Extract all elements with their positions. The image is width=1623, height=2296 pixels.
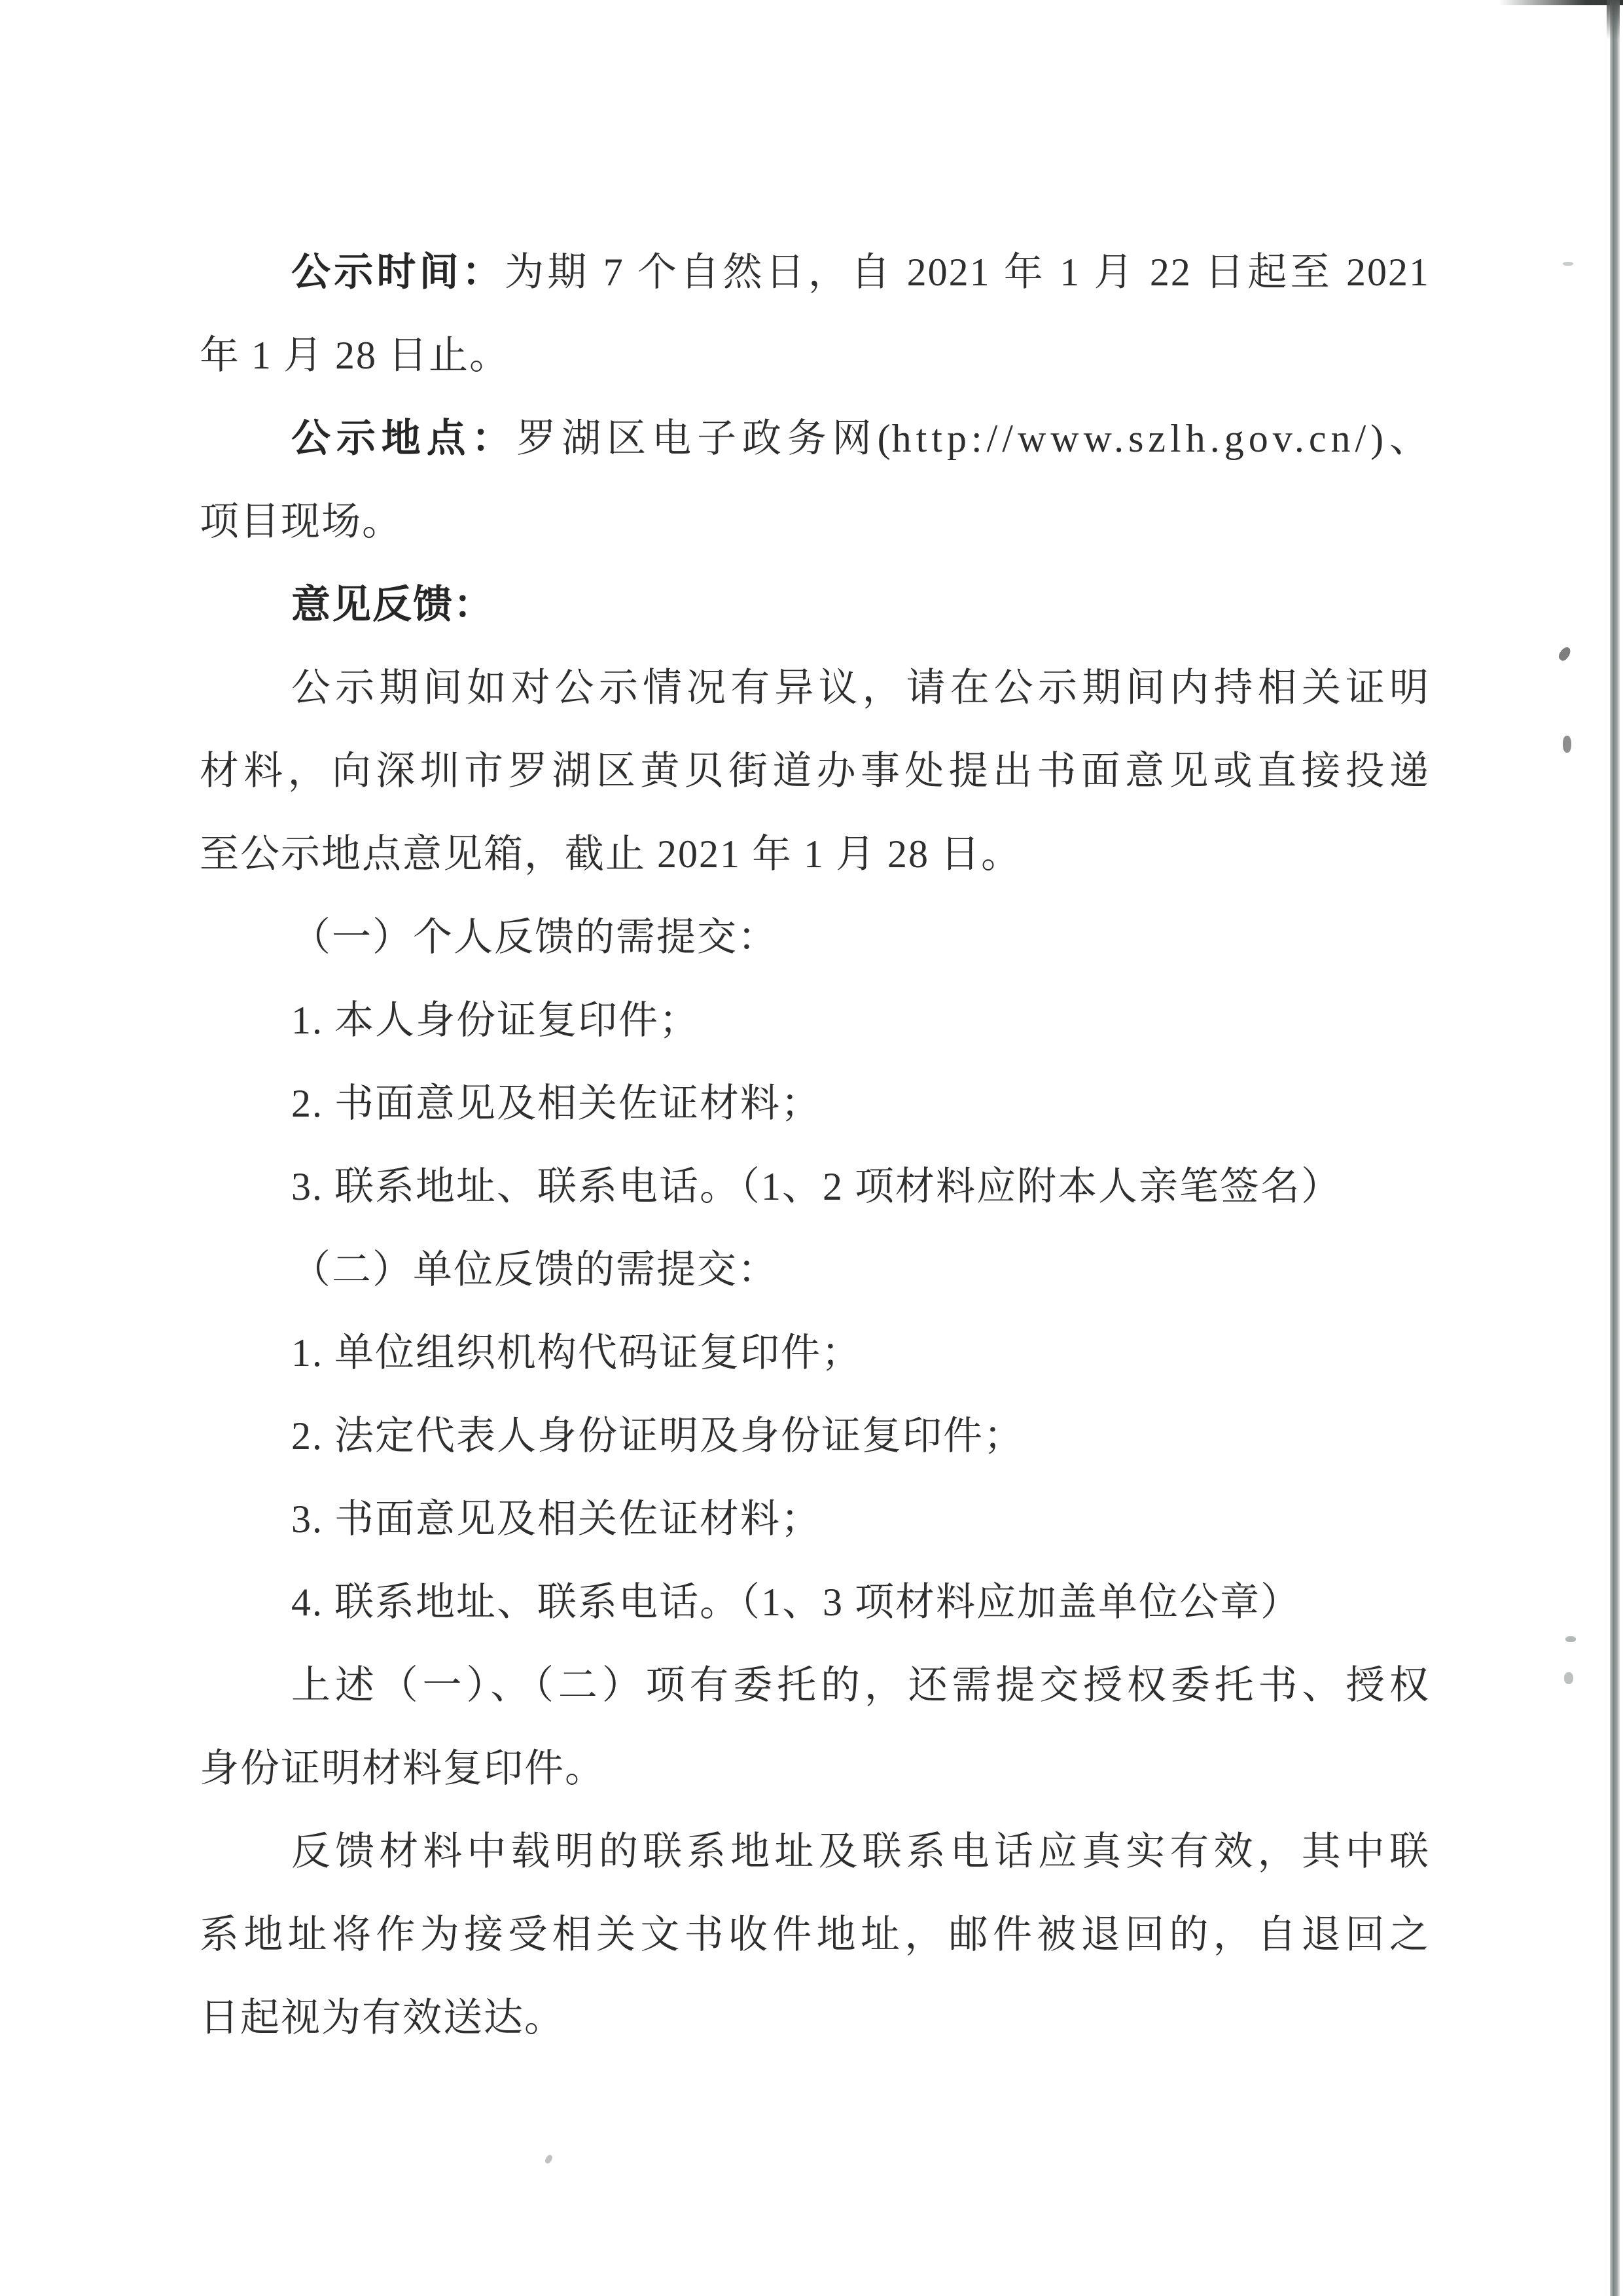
paragraph-entrust-line2: 身份证明材料复印件。 bbox=[200, 1727, 1430, 1810]
paragraph-publicity-time-line1: 公示时间：为期 7 个自然日，自 2021 年 1 月 22 日起至 2021 bbox=[200, 231, 1430, 314]
line-text: )、 bbox=[1370, 417, 1430, 460]
paragraph-entrust-line1: 上述（一）、（二）项有委托的，还需提交授权委托书、授权 bbox=[200, 1644, 1430, 1727]
list-item-individual-3: 3. 联系地址、联系电话。（1、2 项材料应附本人亲笔签名） bbox=[200, 1145, 1430, 1229]
line-text: （二）单位反馈的需提交： bbox=[291, 1248, 778, 1291]
line-text: 上述（一）、（二）项有委托的，还需提交授权委托书、授权 bbox=[291, 1664, 1430, 1707]
line-text: 身份证明材料复印件。 bbox=[200, 1747, 605, 1790]
publicity-place-label: 公示地点： bbox=[291, 417, 516, 460]
line-text: 反馈材料中载明的联系地址及联系电话应真实有效，其中联 bbox=[291, 1830, 1430, 1873]
heading-text: 意见反馈： bbox=[291, 583, 494, 626]
line-text: 3. 书面意见及相关佐证材料； bbox=[291, 1498, 821, 1541]
list-item-individual-1: 1. 本人身份证复印件； bbox=[200, 979, 1430, 1062]
line-text: 1. 本人身份证复印件； bbox=[291, 999, 700, 1042]
line-text: 项目现场。 bbox=[200, 500, 402, 543]
line-text: 年 1 月 28 日止。 bbox=[200, 334, 510, 377]
list-item-unit-4: 4. 联系地址、联系电话。（1、3 项材料应加盖单位公章） bbox=[200, 1561, 1430, 1644]
line-text: 2. 法定代表人身份证明及身份证复印件； bbox=[291, 1414, 1024, 1458]
url-text: http://www.szlh.gov.cn/ bbox=[892, 417, 1371, 460]
line-text: 1. 单位组织机构代码证复印件； bbox=[291, 1331, 862, 1374]
paragraph-contact-validity-line3: 日起视为有效送达。 bbox=[200, 1977, 1430, 2060]
scan-speck bbox=[1563, 736, 1571, 753]
list-item-unit-2: 2. 法定代表人身份证明及身份证复印件； bbox=[200, 1395, 1430, 1478]
line-text: 公示期间如对公示情况有异议，请在公示期间内持相关证明 bbox=[291, 666, 1430, 709]
line-text: 为期 7 个自然日，自 2021 年 1 月 22 日起至 2021 bbox=[505, 251, 1430, 294]
scan-speck bbox=[1564, 1672, 1573, 1684]
scan-top-edge-shadow bbox=[1499, 0, 1623, 5]
paragraph-objection-line1: 公示期间如对公示情况有异议，请在公示期间内持相关证明 bbox=[200, 647, 1430, 730]
line-text: 2. 书面意见及相关佐证材料； bbox=[291, 1082, 821, 1125]
document-page: 公示时间：为期 7 个自然日，自 2021 年 1 月 22 日起至 2021 … bbox=[0, 0, 1623, 2296]
paragraph-publicity-time-line2: 年 1 月 28 日止。 bbox=[200, 314, 1430, 397]
document-text-block: 公示时间：为期 7 个自然日，自 2021 年 1 月 22 日起至 2021 … bbox=[200, 231, 1430, 2060]
paragraph-publicity-place-line2: 项目现场。 bbox=[200, 480, 1430, 564]
scan-speck bbox=[544, 2154, 554, 2165]
list-item-unit-3: 3. 书面意见及相关佐证材料； bbox=[200, 1478, 1430, 1561]
list-item-individual-2: 2. 书面意见及相关佐证材料； bbox=[200, 1062, 1430, 1145]
scan-right-edge-line bbox=[1610, 0, 1620, 2296]
scan-corner-shadow bbox=[1607, 0, 1620, 39]
list-item-unit-1: 1. 单位组织机构代码证复印件； bbox=[200, 1312, 1430, 1395]
paragraph-publicity-place-line1: 公示地点：罗湖区电子政务网(http://www.szlh.gov.cn/)、 bbox=[200, 397, 1430, 480]
line-text: 罗湖区电子政务网( bbox=[516, 417, 891, 460]
line-text: 材料，向深圳市罗湖区黄贝街道办事处提出书面意见或直接投递 bbox=[200, 749, 1430, 793]
line-text: 3. 联系地址、联系电话。（1、2 项材料应附本人亲笔签名） bbox=[291, 1165, 1342, 1208]
paragraph-objection-line3: 至公示地点意见箱，截止 2021 年 1 月 28 日。 bbox=[200, 813, 1430, 896]
list-heading-unit: （二）单位反馈的需提交： bbox=[200, 1229, 1430, 1312]
feedback-heading: 意见反馈： bbox=[200, 564, 1430, 647]
scan-speck bbox=[1565, 1636, 1576, 1642]
line-text: （一）个人反馈的需提交： bbox=[291, 916, 778, 959]
line-text: 日起视为有效送达。 bbox=[200, 1996, 565, 2039]
paragraph-contact-validity-line1: 反馈材料中载明的联系地址及联系电话应真实有效，其中联 bbox=[200, 1810, 1430, 1893]
scan-speck bbox=[1557, 645, 1573, 662]
line-text: 4. 联系地址、联系电话。（1、3 项材料应加盖单位公章） bbox=[291, 1581, 1301, 1624]
publicity-time-label: 公示时间： bbox=[291, 251, 505, 294]
paragraph-objection-line2: 材料，向深圳市罗湖区黄贝街道办事处提出书面意见或直接投递 bbox=[200, 730, 1430, 813]
line-text: 至公示地点意见箱，截止 2021 年 1 月 28 日。 bbox=[200, 833, 1022, 876]
list-heading-individual: （一）个人反馈的需提交： bbox=[200, 896, 1430, 979]
paragraph-contact-validity-line2: 系地址将作为接受相关文书收件地址，邮件被退回的，自退回之 bbox=[200, 1893, 1430, 1977]
line-text: 系地址将作为接受相关文书收件地址，邮件被退回的，自退回之 bbox=[200, 1913, 1430, 1956]
scan-speck bbox=[1563, 262, 1573, 266]
